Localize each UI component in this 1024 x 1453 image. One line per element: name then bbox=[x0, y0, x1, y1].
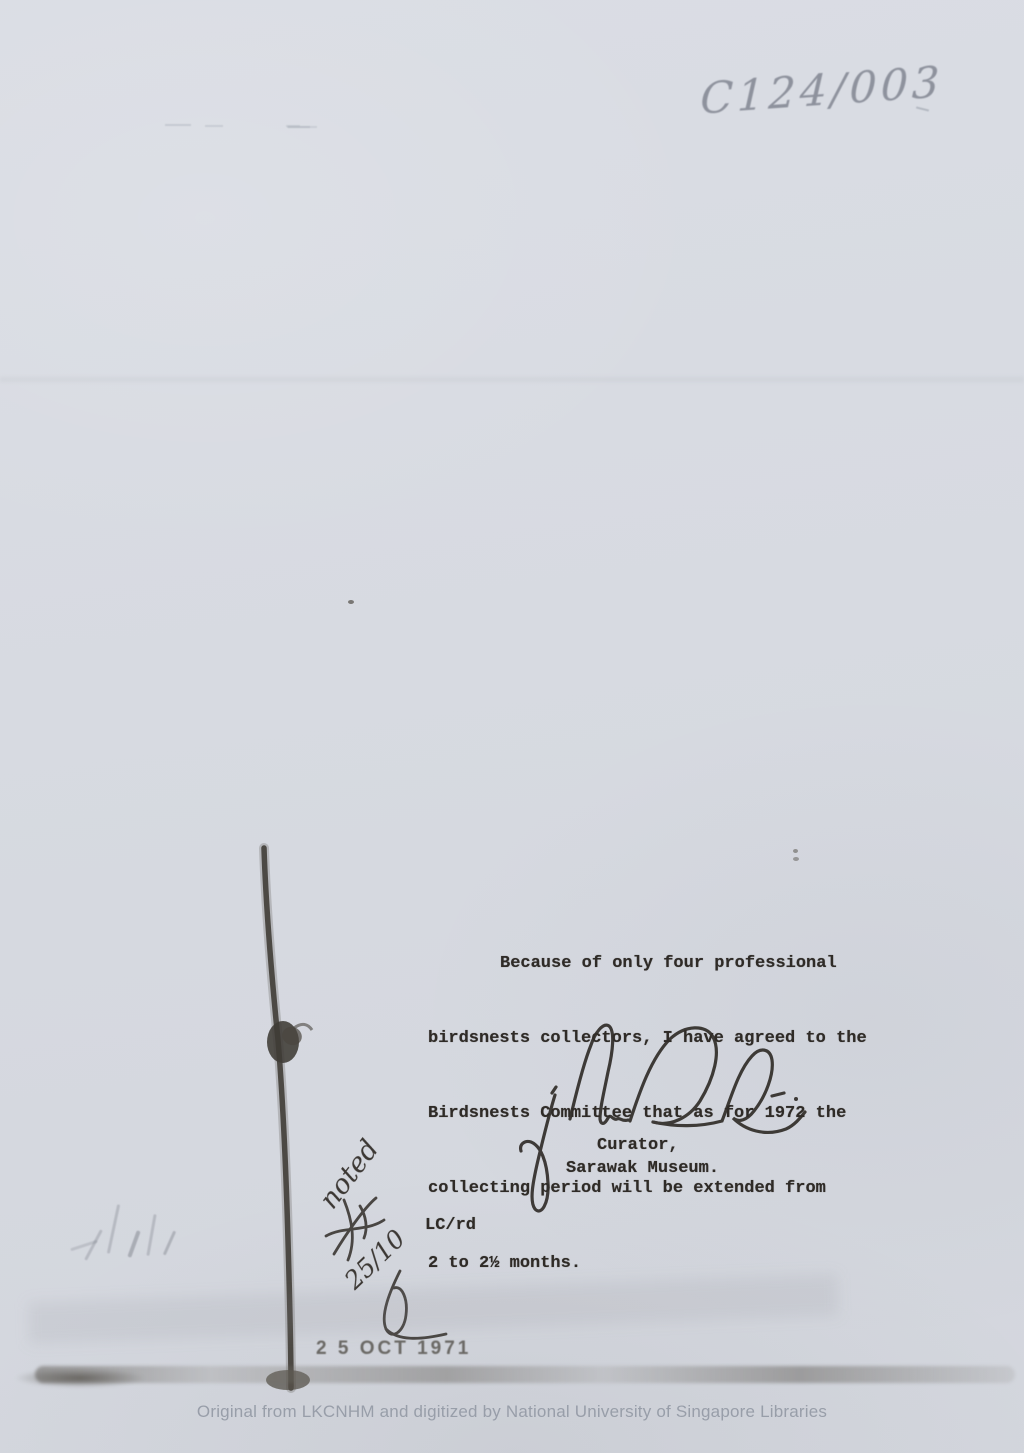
scanned-letter-page: C124/003 Because of only four profession… bbox=[0, 0, 1024, 1453]
faint-showthrough-dash bbox=[287, 126, 317, 128]
footer-attribution: Original from LKCNHM and digitized by Na… bbox=[0, 1402, 1024, 1422]
reference-number: C124/003 bbox=[699, 57, 960, 125]
typist-initials: LC/rd bbox=[425, 1213, 476, 1238]
body-line: 2 to 2½ months. bbox=[428, 1251, 888, 1276]
bottom-smudge-band bbox=[35, 1366, 1015, 1383]
ghost-writing-stroke bbox=[107, 1204, 120, 1254]
ink-speck bbox=[793, 857, 799, 861]
ghost-writing-stroke bbox=[163, 1231, 176, 1256]
faint-showthrough-dash bbox=[165, 124, 191, 126]
signoff-organization: Sarawak Museum. bbox=[566, 1156, 719, 1181]
ghost-writing-stroke bbox=[146, 1214, 156, 1256]
signoff-title: Curator, bbox=[597, 1133, 679, 1158]
corner-smudge bbox=[15, 1368, 145, 1388]
ghost-writing-stroke bbox=[127, 1230, 140, 1258]
ink-speck bbox=[793, 849, 798, 853]
curator-signature-drawing bbox=[500, 1015, 820, 1230]
ink-speck bbox=[348, 600, 354, 604]
body-line: Because of only four professional bbox=[428, 951, 888, 976]
date-stamp: 2 5 OCT 1971 bbox=[316, 1338, 471, 1360]
paper-crease bbox=[0, 378, 1024, 381]
faint-showthrough-dash bbox=[205, 125, 223, 127]
